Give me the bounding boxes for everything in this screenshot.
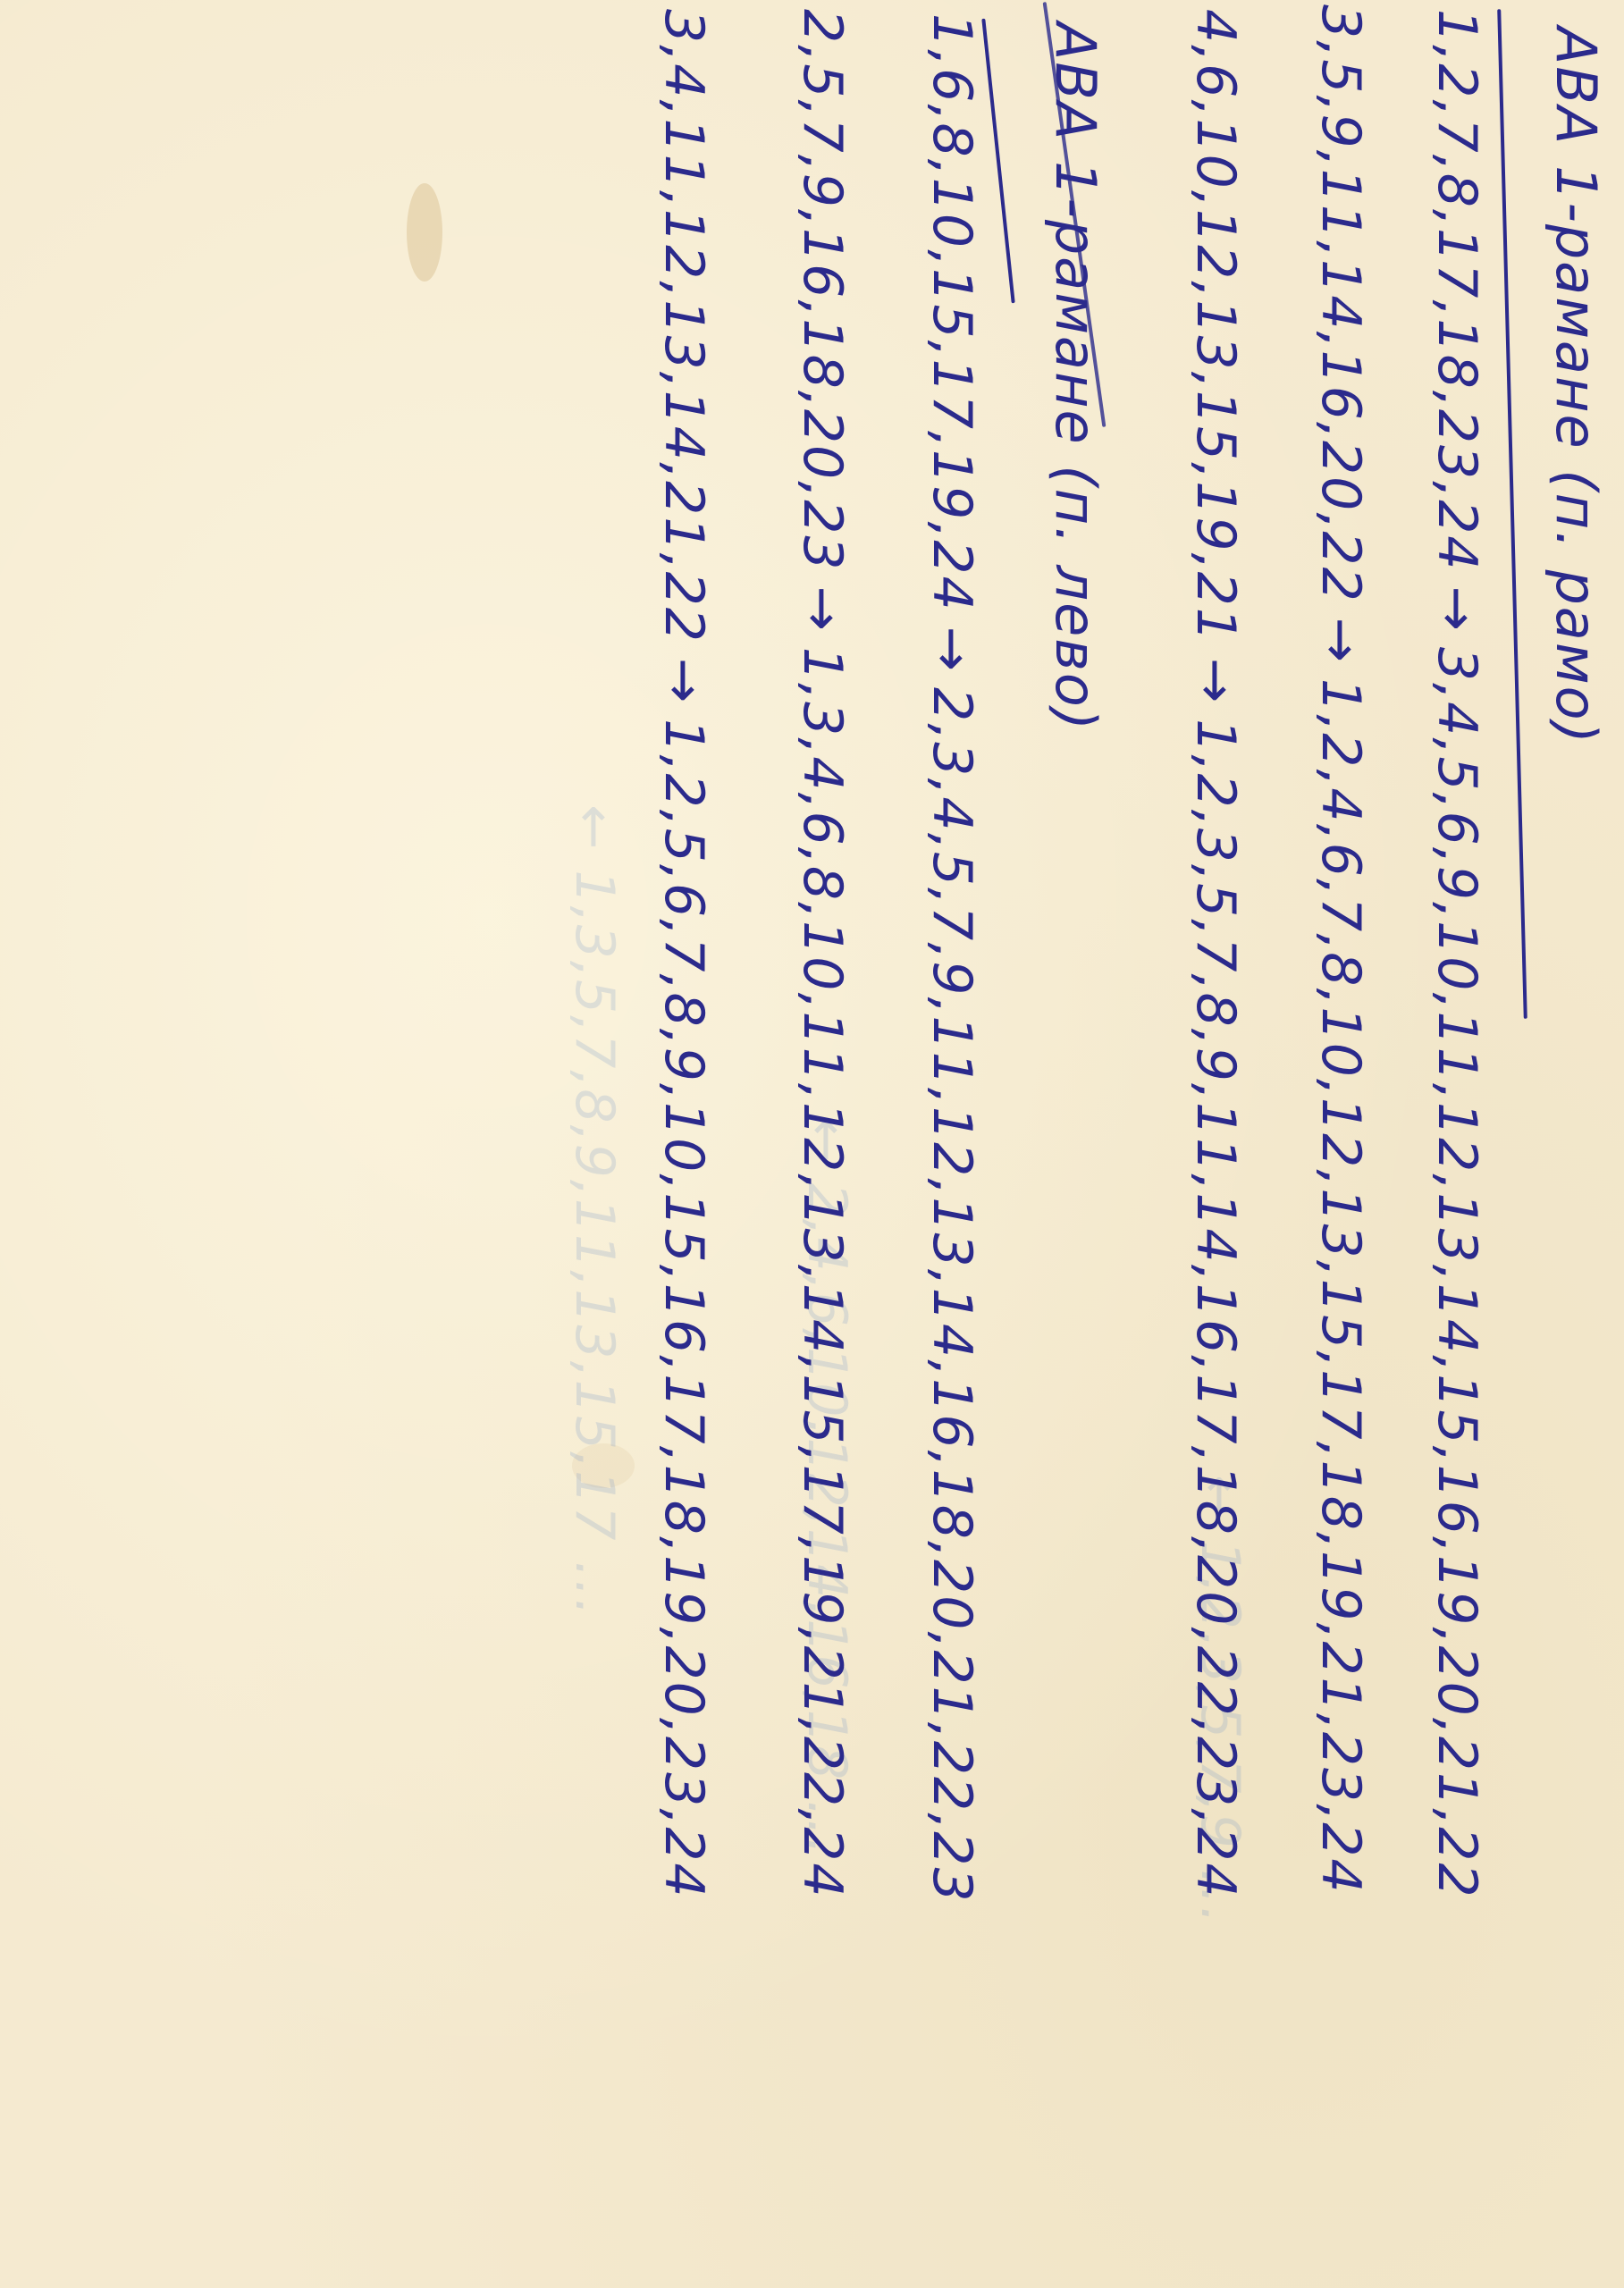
target-numbers: 1,2,4,6,7,8,10,12,13,15,17,18,19,21,23,2… xyxy=(1309,678,1372,1895)
arrow-right-icon: → xyxy=(1426,572,1488,647)
arrow-right-icon: → xyxy=(1184,643,1247,719)
source-numbers: 4,6,10,12,13,15,19,21 xyxy=(1184,9,1247,643)
target-numbers: 1,2,3,5,7,8,9,11,14,16,17,18,20,22,23,24 xyxy=(1184,719,1247,1898)
paper-stain xyxy=(407,183,442,282)
source-numbers: 3,4,11,12,13,14,21,22 xyxy=(652,9,715,643)
target-numbers: 1,3,4,6,8,10,11,12,13,14,15,17,19,21,22,… xyxy=(791,647,854,1899)
source-numbers: 3,5,9,11,14,16,20,22 xyxy=(1309,4,1372,603)
source-numbers: 1,2,7,8,17,18,23,24 xyxy=(1426,9,1488,572)
source-numbers: 1,6,8,10,15,17,19,24 xyxy=(921,13,983,612)
bleed-through-text: ← 1,3,5,7,8,9,11,13,15,17 ... xyxy=(563,804,626,1618)
section-heading: АВА 1-рамане (п. лево) xyxy=(1043,22,1108,732)
target-numbers: 2,3,4,5,7,9,11,12,13,14,16,18,20,21,22,2… xyxy=(921,687,983,1904)
section-heading: АВА 1-рамане (п. рамо) xyxy=(1544,27,1609,745)
arrow-right-icon: → xyxy=(791,572,854,647)
arrow-right-icon: → xyxy=(652,643,715,719)
mapping-row: 1,6,8,10,15,17,19,24→2,3,4,5,7,9,11,12,1… xyxy=(921,13,983,1904)
mapping-row: 3,5,9,11,14,16,20,22→1,2,4,6,7,8,10,12,1… xyxy=(1309,4,1372,1895)
target-numbers: 1,2,5,6,7,8,9,10,15,16,17,18,19,20,23,24 xyxy=(652,719,715,1898)
target-numbers: 3,4,5,6,9,10,11,12,13,14,15,16,19,20,21,… xyxy=(1426,647,1488,1899)
mapping-row: 2,5,7,9,16,18,20,23→1,3,4,6,8,10,11,12,1… xyxy=(791,9,854,1899)
mapping-row: 1,2,7,8,17,18,23,24→3,4,5,6,9,10,11,12,1… xyxy=(1426,9,1488,1899)
source-numbers: 2,5,7,9,16,18,20,23 xyxy=(791,9,854,572)
mapping-row: 3,4,11,12,13,14,21,22→1,2,5,6,7,8,9,10,1… xyxy=(652,9,715,1899)
arrow-right-icon: → xyxy=(921,612,983,687)
mapping-row: 4,6,10,12,13,15,19,21→1,2,3,5,7,8,9,11,1… xyxy=(1184,9,1247,1899)
arrow-right-icon: → xyxy=(1309,603,1372,678)
